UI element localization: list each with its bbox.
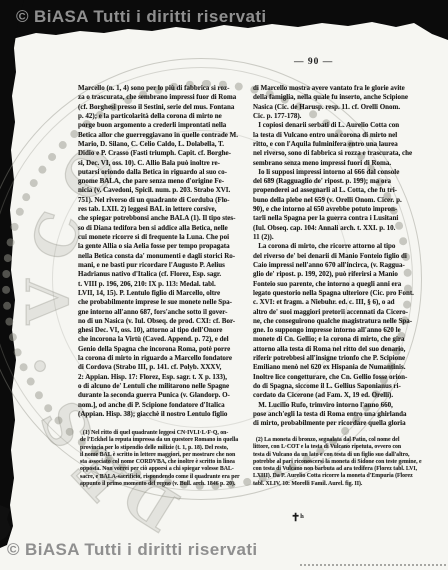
- text-line: (Iul. Obseq. cap. 104: Annali arch. t. X…: [253, 224, 437, 233]
- copyright-watermark-bottom: © BiASA Tutti i diritti riservati: [7, 540, 258, 560]
- text-line: za o trascurata, che sembrano impressi f…: [78, 93, 254, 102]
- text-line: nicia (v. Cavedoni, Spicil. num. p. 203.…: [78, 186, 254, 195]
- text-line: de l'Eckhel la reputa impressa da un que…: [80, 437, 252, 444]
- text-line: pose anch'egli la testa di Roma entro un…: [253, 410, 437, 419]
- text-line: Inoltre lice congetturare, che Cn. Gelli…: [253, 373, 437, 382]
- text-line: cordato da Cicerone (ad Fam. X, 19 ed. O…: [253, 391, 437, 400]
- footnote-right: (2) La moneta di bronzo, segnalata dal P…: [253, 437, 439, 488]
- text-line: che incorona la Virtù (Caved. Append. p.…: [78, 335, 254, 344]
- text-line: nom.], od anche di P. Scipione fondatore…: [78, 401, 254, 410]
- text-line: mani, e ne basti pur ricordare l'Augusto…: [78, 261, 254, 270]
- text-line: putarsi oriondo dalla Betica in riguardo…: [78, 168, 254, 177]
- text-line: nella Betica consta da' monumenti e dagl…: [78, 252, 254, 261]
- text-line: LXIII). Da P. Aurelio Cotta ricorre la m…: [253, 473, 439, 480]
- text-line: del riverso de' bei denarii di Manio Fon…: [253, 252, 437, 261]
- page-number: — 90 —: [294, 57, 333, 67]
- text-line: Genio della Spagna che incorona Roma, po…: [78, 345, 254, 354]
- text-line: durante la seconda guerra Punica (v. Gla…: [78, 391, 254, 400]
- text-line: 90), e che intorno al 650 avrebbe potuto…: [253, 205, 437, 214]
- text-line: propenderei ad assegnarli al L. Cotta, c…: [253, 186, 437, 195]
- text-line: 11 (2)).: [253, 233, 437, 242]
- text-line: Marcello (n. 1, 4) sono per lo più di fa…: [78, 84, 254, 93]
- text-line: la testa di Vulcano entro una corona di …: [253, 131, 437, 140]
- text-line: ne, che conseguirono qualche magistratur…: [253, 317, 437, 326]
- ink-mark: ✝ʰ: [291, 511, 304, 524]
- text-line: Nasica (Cic. de Harusp. resp. 11. cf. Or…: [253, 103, 437, 112]
- text-line: di Cordova (Strabo III, p. 141. cf. Poly…: [78, 363, 254, 372]
- text-line: o di alcuno de' Lentuli che militarono n…: [78, 382, 254, 391]
- text-column-left: Marcello (n. 1, 4) sono per lo più di fa…: [78, 84, 254, 419]
- text-line: ghesi Dec. VI, oss. 10), attorno al tipo…: [78, 326, 254, 335]
- text-line: c. XVI: et fragm. a Niebuhr. ed. c. III,…: [253, 298, 437, 307]
- text-line: tabl. XLIV, 10: Morelli Famil. Aurel. fi…: [253, 481, 439, 488]
- text-line: porge buon argomento a crederli impronta…: [78, 121, 254, 130]
- text-line: di Marcello mostra avere vantato fra le …: [253, 84, 437, 93]
- text-line: sembrano senza meno impressi fuori di Ro…: [253, 159, 437, 168]
- text-column-right: di Marcello mostra avere vantato fra le …: [253, 84, 437, 429]
- text-line: t. VIII p. 196, 206, 210: IX p. 113: Med…: [78, 280, 254, 289]
- text-line: legato questorio nella Spagna ulteriore …: [253, 289, 437, 298]
- text-line: I copiosi denarii serbati di L. Aurelio …: [253, 121, 437, 130]
- text-line: 751). Nel riverso di un quadrante di Cor…: [78, 196, 254, 205]
- text-line: altro de' suoi maggiori pretorii accenna…: [253, 308, 437, 317]
- text-line: Mario, D. Silano, C. Celio Caldo, L. Dol…: [78, 140, 254, 149]
- text-line: so di Diana tedifora ben si addice alla …: [78, 224, 254, 233]
- text-line: Emiliano menò nel 620 ex Hispania de Num…: [253, 363, 437, 372]
- text-line: Hadrianus nativo d'Italica (cf. Florez, …: [78, 270, 254, 279]
- text-line: (cf. Borghesi presso il Sestini, serie d…: [78, 103, 254, 112]
- stamp-letter: ·: [5, 348, 76, 384]
- text-line: della famiglia, nella quale fu inserto, …: [253, 93, 437, 102]
- text-line: gnome BALA, che pare senza meno d'origin…: [78, 177, 254, 186]
- text-line: che probabilmente imprese le sue monete …: [78, 298, 254, 307]
- text-line: testa di Vulcano da un lato e con testa …: [253, 452, 439, 459]
- text-line: appunto il primo momento del regno (v. B…: [80, 481, 252, 488]
- scanned-page: © BiASA Tutti i diritti riservati O C V …: [0, 0, 448, 570]
- text-line: attorno alla testa di Roma nel ritto del…: [253, 345, 437, 354]
- text-line: M. Lucilio Rufo, trimviro intorno l'anno…: [253, 401, 437, 410]
- text-line: Fonteio suo parente, che intorno a quegl…: [253, 280, 437, 289]
- text-line: nel riverso, sono di fabbrica sì rozza e…: [253, 149, 437, 158]
- text-line: monete di Cn. Gellio; e la corona di mir…: [253, 335, 437, 344]
- text-line: provincia per lo stipendio delle milizie…: [80, 445, 252, 452]
- text-line: 2: Appian. Hisp. 17: Florez, Esp. sagr. …: [78, 373, 254, 382]
- scan-edge-left: [0, 0, 24, 548]
- text-line: ritto, e con l'Aquila fulminifera entro …: [253, 140, 437, 149]
- text-line: di mirto, probabilmente per ricordare qu…: [253, 419, 437, 428]
- text-line: gne intorno all'anno 687, fors'anche sot…: [78, 308, 254, 317]
- text-line: res tab. LXII. 2) leggesi BAL in lettere…: [78, 205, 254, 214]
- footnote-left: (1) Nel ritto di quel quadrante leggesi …: [80, 430, 252, 488]
- text-line: cui monete ricorre sì di frequente la Lu…: [78, 233, 254, 242]
- text-line: il nome BAL è scritto in lettere maggior…: [80, 452, 252, 459]
- copyright-watermark-top: © BiASA Tutti i diritti riservati: [16, 7, 267, 27]
- text-line: Caio impressi nell'anno 670 all'incirca,…: [253, 261, 437, 270]
- text-line: tarli nella Spagna per la guerra contra …: [253, 214, 437, 223]
- text-line: si, Dec. VI, oss. 10). C. Allio Bala può…: [78, 159, 254, 168]
- text-line: LVII, 14, 15). P. Lentulo figlio di Marc…: [78, 289, 254, 298]
- text-line: del 689 (Ragguaglio de' ripost. p. 199);…: [253, 177, 437, 186]
- text-line: gne. Io suppongo impresse intorno all'an…: [253, 326, 437, 335]
- text-line: Betica allor che guerreggiavano in quell…: [78, 131, 254, 140]
- text-line: Cic. p. 177-178).: [253, 112, 437, 121]
- text-line: riferir potrebbesi all'insigne trionfo c…: [253, 354, 437, 363]
- text-line: sacre, e BALA-sacrificio, rispondendo co…: [80, 474, 252, 481]
- text-line: buno della plebe nel 659 (v. Orelli Onom…: [253, 196, 437, 205]
- text-line: no di un Nasica (v. Iul. Obseq. de prod.…: [78, 317, 254, 326]
- text-line: p. 42); e la particolarità della corona …: [78, 112, 254, 121]
- scan-dust-line: [300, 564, 446, 566]
- text-line: Didio e P. Crasso (Fasti triumph. Capit.…: [78, 149, 254, 158]
- text-line: la corona di mirto in riguardo a Marcell…: [78, 354, 254, 363]
- text-line: opposta. Non vorrei per ciò apporsi a ch…: [80, 466, 252, 473]
- text-line: Io li supposi impressi intorno al 666 da…: [253, 168, 437, 177]
- text-line: littore, con L·COT e la testa di Vulcano…: [253, 444, 439, 451]
- text-line: che spiegar potrebbonsi anche BALA (1). …: [78, 214, 254, 223]
- text-line: La corona di mirto, che ricorre attorno …: [253, 242, 437, 251]
- text-line: do di Spagna, siccome il L. Gellius Sapo…: [253, 382, 437, 391]
- text-line: (Appian. Hisp. 38); giacchè il nostro Le…: [78, 410, 254, 419]
- text-line: potrebbe al pari riconoscersi la moneta …: [253, 459, 439, 466]
- text-line: glio de' ripost. p. 199, 202), può rifer…: [253, 270, 437, 279]
- text-line: la gente Allia o sia Aelia fosse per tem…: [78, 242, 254, 251]
- stamp-letter: V: [15, 279, 83, 324]
